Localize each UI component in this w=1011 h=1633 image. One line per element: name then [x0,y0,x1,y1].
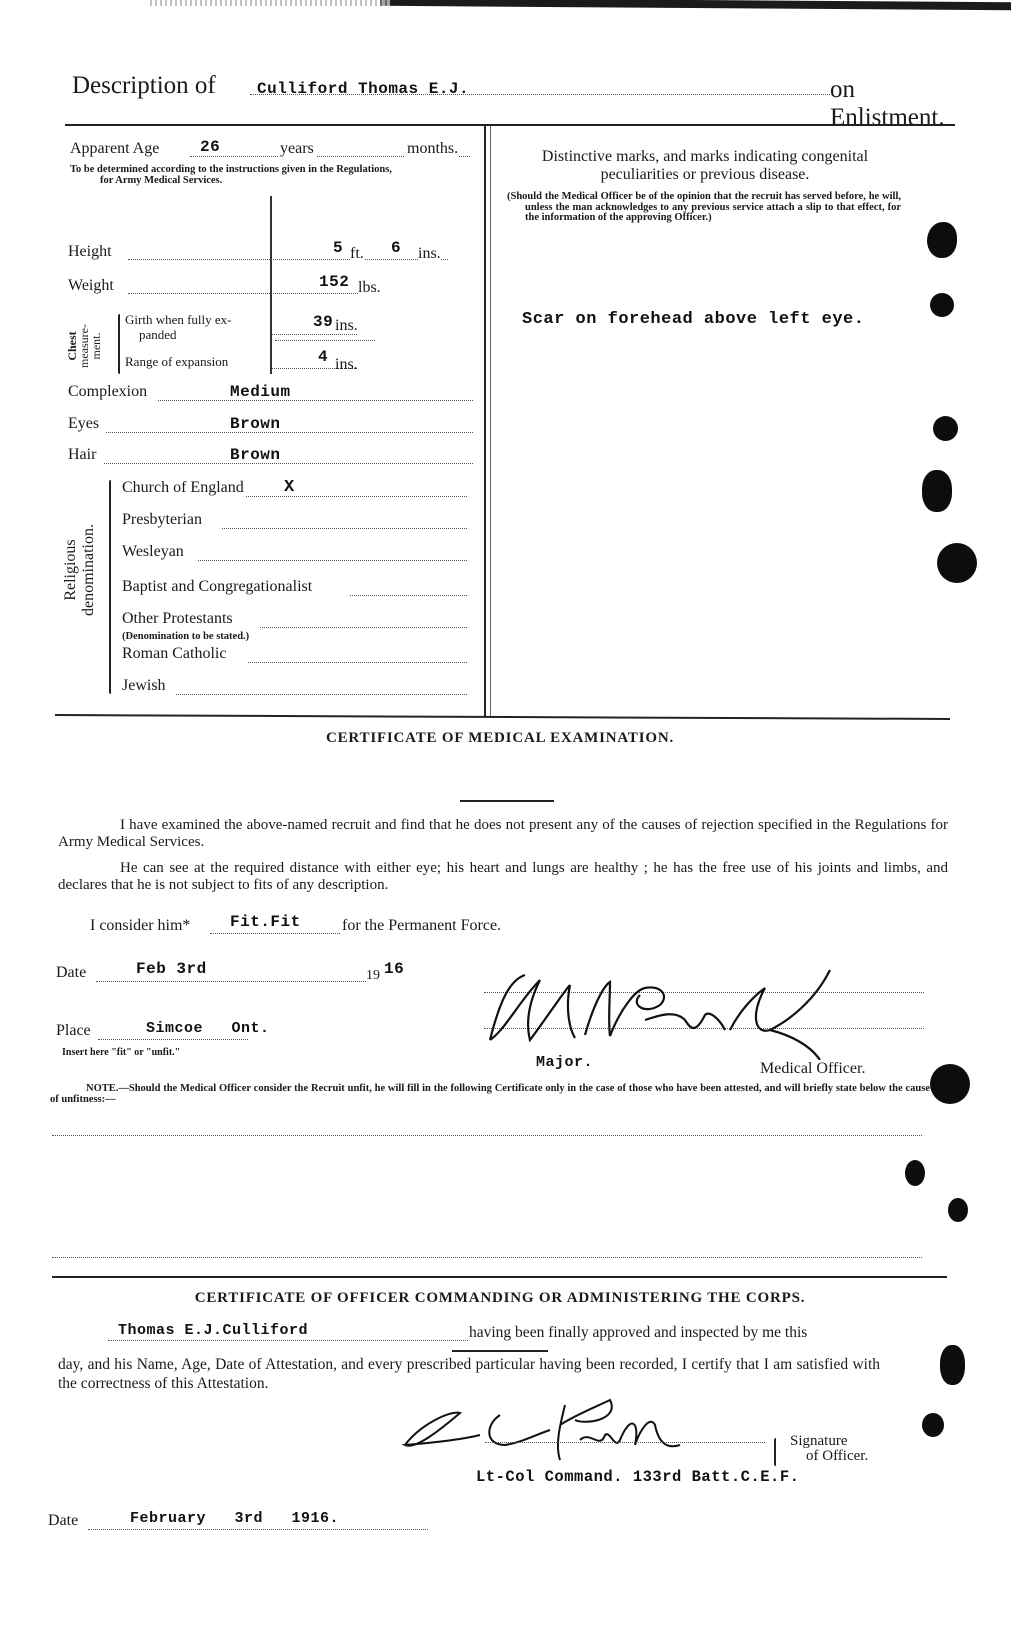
distinctive-marks-heading-line1: Distinctive marks, and marks indicating … [505,148,905,166]
religion-mark: X [284,478,295,497]
weight-dots [128,293,368,294]
girth-dots [275,340,375,341]
age-note-line1: To be determined according to the instru… [70,164,480,175]
religion-dots [242,496,467,497]
eyes-dots [106,432,473,433]
range-unit: ins. [335,356,358,374]
page-header: Description of Culliford Thomas E.J. on … [72,70,942,110]
religion-option-label: Church of England [122,479,246,497]
binder-hole [922,470,952,512]
medical-date-label: Date [56,964,86,982]
medical-officer-title: Medical Officer. [760,1060,865,1078]
officer-date-label: Date [48,1512,78,1530]
signature-brace [774,1438,776,1466]
religion-row: Jewish [122,677,467,699]
religion-row: Baptist and Congregationalist [122,578,467,600]
officer-certificate-title: CERTIFICATE OF OFFICER COMMANDING OR ADM… [50,1290,950,1307]
scan-edge-band [380,0,1011,10]
feet-unit: ft. [350,245,364,263]
range-value: 4 [318,348,328,366]
section-rule [52,1276,947,1278]
officer-command: Lt-Col Command. 133rd Batt.C.E.F. [476,1468,799,1486]
girth-label-line1: Girth when fully ex- [125,312,465,327]
religion-row: Wesleyan [122,543,467,565]
insert-note: Insert here "fit" or "unfit." [62,1047,180,1058]
consider-suffix: for the Permanent Force. [342,917,501,935]
medical-para-1: I have examined the above-named recruit … [58,817,948,851]
girth-value: 39 [313,315,333,330]
binder-hole [930,1064,970,1104]
hair-row: Hair Brown [68,446,478,468]
column-divider-inner [490,126,491,716]
religion-dots [248,662,467,663]
inches-unit: ins. [418,245,441,263]
pounds-unit: lbs. [358,279,381,297]
hair-label: Hair [68,446,96,464]
age-note-line2: for Army Medical Services. [70,175,480,186]
other-protestants-note: (Denomination to be stated.) [122,631,249,642]
hair-value: Brown [230,446,281,464]
signature-label-line2: of Officer. [790,1449,868,1464]
medical-place-dots [98,1039,248,1040]
medical-officer-signature [470,960,890,1060]
unfit-cause-line-1[interactable] [52,1135,922,1136]
religious-denomination-label: Religious denomination. [62,500,98,640]
medical-title-underline [460,800,554,802]
religion-row: Church of England X [122,479,467,501]
religion-option-label: Wesleyan [122,543,184,561]
officer-cert-name-dots [108,1340,508,1341]
officer-date-value: February 3rd 1916. [130,1510,339,1527]
medical-date-row: Date Feb 3rd 19 16 [56,962,436,986]
weight-value: 152 [316,273,352,291]
height-inches-value: 6 [388,239,404,257]
weight-label: Weight [68,277,114,295]
column-divider [484,126,486,716]
medical-place-value: Simcoe Ont. [146,1020,270,1037]
year-prefix: 19 [366,968,380,984]
medical-place-label: Place [56,1022,91,1040]
consider-row: I consider him* Fit.Fit for the Permanen… [90,915,560,939]
binder-hole [933,416,958,441]
officer-signature-line [485,1442,765,1443]
section-rule [55,714,950,719]
signature-label-line1: Signature [790,1434,868,1449]
years-label: years [278,140,316,158]
religion-dots [222,528,467,529]
chest-label-line3: ment. [90,310,102,382]
girth-row: Girth when fully ex- panded 39 ins. [125,312,465,346]
apparent-age-row: Apparent Age 26 years months. [70,140,470,162]
religion-label-line2: denomination. [80,500,98,640]
officer-date-row: Date February 3rd 1916. [48,1510,448,1534]
medical-officer-rank: Major. [536,1054,593,1071]
girth-field-dots [272,334,357,335]
distinctive-marks-heading-line2: peculiarities or previous disease. [505,166,905,184]
binder-hole [930,293,954,317]
age-note: To be determined according to the instru… [70,164,480,186]
chest-brace [118,314,120,374]
binder-hole [927,222,957,258]
complexion-value: Medium [230,383,291,401]
height-row: Height 5 ft. 6 ins. [68,243,458,265]
girth-unit: ins. [335,318,358,333]
medical-para-2: He can see at the required distance with… [58,860,948,894]
recruit-full-name: Thomas E.J.Culliford [118,1322,308,1339]
scan-edge-noise [150,0,390,6]
religion-row: Roman Catholic [122,645,467,667]
chest-measurement-label: Chest measure- ment. [66,310,102,382]
header-prefix: Description of [72,72,216,100]
commanding-officer-signature [390,1395,710,1465]
height-feet-value: 5 [330,239,346,257]
year-value: 16 [384,960,404,978]
binder-hole [922,1413,944,1437]
hair-dots [104,463,473,464]
religion-option-label: Other Protestants [122,610,233,628]
binder-hole [937,543,977,583]
weight-row: Weight 152 lbs. [68,277,458,299]
religion-brace [109,480,111,694]
complexion-label: Complexion [68,383,147,401]
height-label: Height [68,243,112,261]
header-rule [65,124,955,126]
unfit-note: NOTE.—Should the Medical Officer conside… [50,1083,930,1105]
religion-dots [198,560,467,561]
officer-cert-para-first: having been finally approved and inspect… [469,1324,807,1342]
medical-date-value: Feb 3rd [136,960,207,978]
religion-option-label: Jewish [122,677,166,695]
medical-place-row: Place Simcoe Ont. [56,1020,436,1044]
religion-dots [176,694,467,695]
unfit-cause-line-2[interactable] [52,1257,922,1258]
consider-prefix: I consider him* [90,917,190,935]
religion-label-line1: Religious [62,500,80,640]
distinctive-marks-value: Scar on forehead above left eye. [522,310,864,329]
officer-cert-para-rest: day, and his Name, Age, Date of Attestat… [58,1355,880,1393]
religion-option-label: Presbyterian [122,511,202,529]
fitness-value: Fit.Fit [230,913,301,931]
officer-cert-name-row: Thomas E.J.Culliford having been finally… [58,1322,948,1346]
binder-hole [940,1345,965,1385]
eyes-row: Eyes Brown [68,415,478,437]
distinctive-marks-note: (Should the Medical Officer be of the op… [525,192,901,224]
signature-of-officer-label: Signature of Officer. [790,1434,868,1464]
medical-date-dots [96,981,366,982]
religion-row: Other Protestants [122,610,467,632]
range-label: Range of expansion [125,354,228,369]
complexion-dots [158,400,473,401]
officer-date-dots [88,1529,428,1530]
religion-option-label: Baptist and Congregationalist [122,578,312,596]
binder-hole [905,1160,925,1186]
months-label: months. [405,140,458,158]
binder-hole [948,1198,968,1222]
range-row: Range of expansion 4 ins. [125,354,465,374]
header-recruit-name: Culliford Thomas E.J. [257,80,469,98]
apparent-age-value: 26 [200,138,220,156]
eyes-value: Brown [230,415,281,433]
height-dots [128,259,448,260]
religion-option-label: Roman Catholic [122,645,226,663]
religion-dots [350,595,467,596]
complexion-row: Complexion Medium [68,383,478,405]
eyes-label: Eyes [68,415,99,433]
consider-dots [210,933,340,934]
medical-certificate-title: CERTIFICATE OF MEDICAL EXAMINATION. [50,730,950,747]
officer-title-underline [452,1350,548,1352]
distinctive-marks-heading: Distinctive marks, and marks indicating … [505,148,905,184]
religion-row: Presbyterian [122,511,467,533]
religion-dots [260,627,467,628]
apparent-age-label: Apparent Age [70,140,159,158]
